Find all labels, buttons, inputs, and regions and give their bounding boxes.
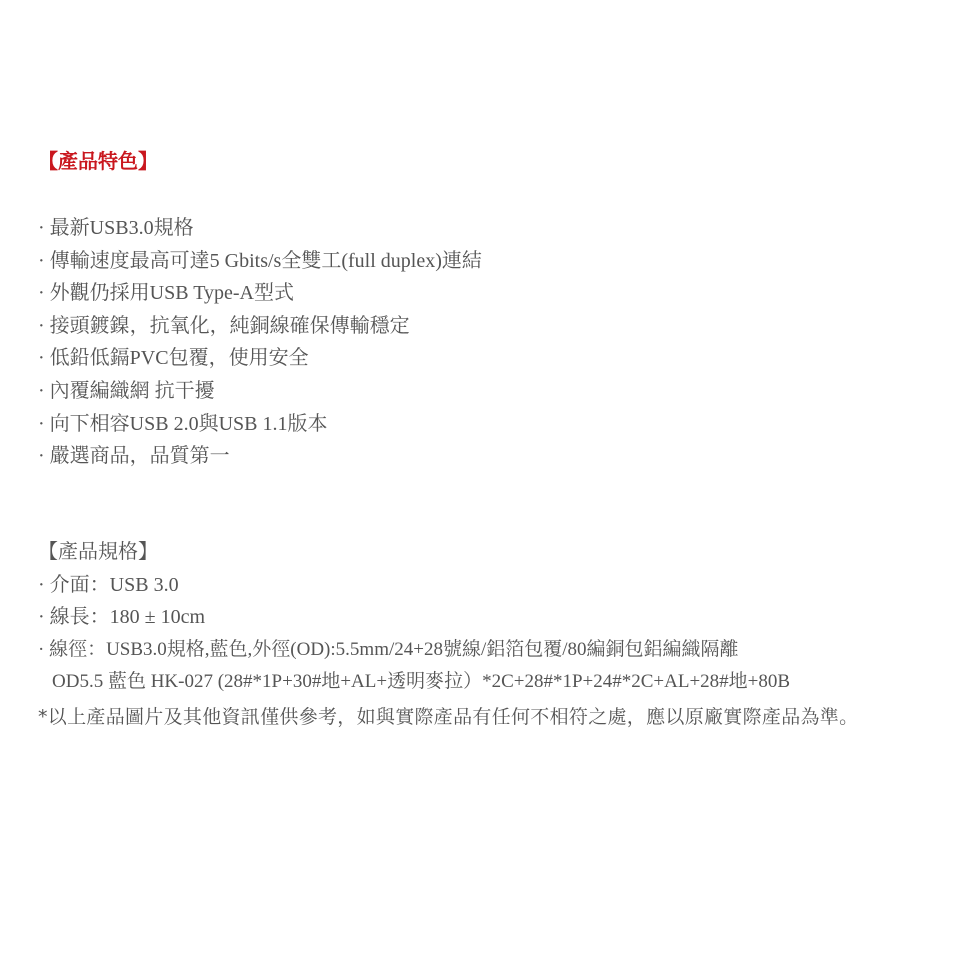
feature-item: · 外觀仍採用USB Type-A型式 xyxy=(38,277,953,310)
feature-item: · 向下相容USB 2.0與USB 1.1版本 xyxy=(38,408,953,441)
spec-item: · 線徑：USB3.0規格,藍色,外徑(OD):5.5mm/24+28號線/鋁箔… xyxy=(38,634,953,667)
spec-detail-line: OD5.5 藍色 HK-027 (28#*1P+30#地+AL+透明麥拉）*2C… xyxy=(38,666,953,699)
feature-item: · 傳輸速度最高可達5 Gbits/s全雙工(full duplex)連結 xyxy=(38,245,953,278)
feature-item: · 嚴選商品，品質第一 xyxy=(38,440,953,473)
features-list: · 最新USB3.0規格 · 傳輸速度最高可達5 Gbits/s全雙工(full… xyxy=(38,212,953,473)
specs-section: 【產品規格】 · 介面：USB 3.0 · 線長：180 ± 10cm · 線徑… xyxy=(38,536,953,699)
features-title: 【產品特色】 xyxy=(38,146,953,178)
feature-item: · 接頭鍍鎳，抗氧化，純銅線確保傳輸穩定 xyxy=(38,310,953,343)
features-section: 【產品特色】 xyxy=(38,146,953,178)
feature-item: · 低鉛低鎘PVC包覆，使用安全 xyxy=(38,342,953,375)
feature-item: · 最新USB3.0規格 xyxy=(38,212,953,245)
specs-title: 【產品規格】 xyxy=(38,536,953,569)
spec-item: · 介面：USB 3.0 xyxy=(38,569,953,602)
spec-item: · 線長：180 ± 10cm xyxy=(38,601,953,634)
disclaimer: *以上產品圖片及其他資訊僅供參考，如與實際產品有任何不相符之處，應以原廠實際產品… xyxy=(38,701,953,733)
disclaimer-text: *以上產品圖片及其他資訊僅供參考，如與實際產品有任何不相符之處，應以原廠實際產品… xyxy=(38,701,953,733)
feature-item: · 內覆編織網 抗干擾 xyxy=(38,375,953,408)
